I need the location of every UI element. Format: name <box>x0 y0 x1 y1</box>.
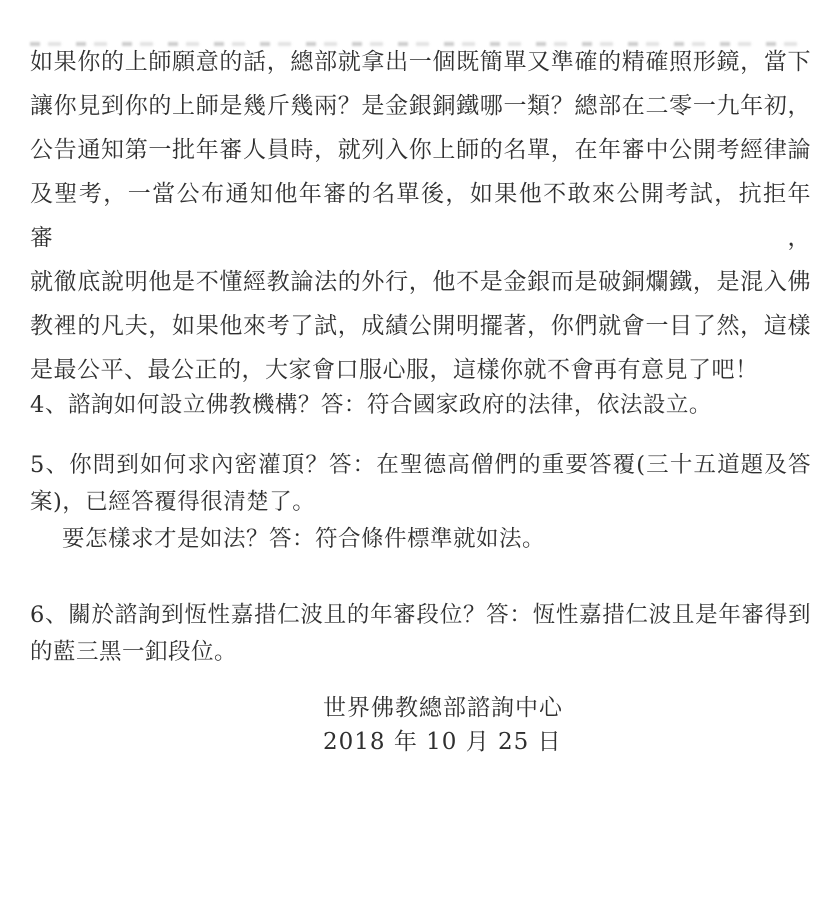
document-page: 如果你的上師願意的話，總部就拿出一個既簡單又準確的精確照形鏡，當下 讓你見到你的… <box>0 0 839 910</box>
text-line: 及聖考，一當公布通知他年審的名單後，如果他不敢來公開考試，抗拒年審， <box>30 172 811 260</box>
text-line: 案)，已經答覆得很清楚了。 <box>30 484 811 521</box>
text-line: 6、關於諮詢到恆性嘉措仁波且的年審段位？答：恆性嘉措仁波且是年審得到 <box>30 597 811 634</box>
text-line: 公告通知第一批年審人員時，就列入你上師的名單，在年審中公開考經律論 <box>30 128 811 172</box>
text-line: 教裡的凡夫，如果他來考了試，成績公開明擺著，你們就會一目了然，這樣 <box>30 304 811 348</box>
text-line: 如果你的上師願意的話，總部就拿出一個既簡單又準確的精確照形鏡，當下 <box>30 40 811 84</box>
text-line: 的藍三黑一釦段位。 <box>30 634 811 671</box>
text-line: 4、諮詢如何設立佛教機構？答：符合國家政府的法律，依法設立。 <box>30 387 811 424</box>
signature-organization: 世界佛教總部諮詢中心 <box>323 691 563 725</box>
text-line: 讓你見到你的上師是幾斤幾兩？是金銀銅鐵哪一類？總部在二零一九年初， <box>30 84 811 128</box>
paragraph-item-5: 5、你問到如何求內密灌頂？答：在聖德高僧們的重要答覆(三十五道題及答 案)，已經… <box>30 447 811 558</box>
paragraph-item-6: 6、關於諮詢到恆性嘉措仁波且的年審段位？答：恆性嘉措仁波且是年審得到 的藍三黑一… <box>30 597 811 671</box>
text-line: 就徹底說明他是不懂經教論法的外行，他不是金銀而是破銅爛鐵，是混入佛 <box>30 260 811 304</box>
signature-date: 2018 年 10 月 25 日 <box>323 725 563 759</box>
text-line-sub-question: 要怎樣求才是如法？答：符合條件標準就如法。 <box>30 521 811 558</box>
paragraph-main: 如果你的上師願意的話，總部就拿出一個既簡單又準確的精確照形鏡，當下 讓你見到你的… <box>30 40 811 392</box>
text-line: 5、你問到如何求內密灌頂？答：在聖德高僧們的重要答覆(三十五道題及答 <box>30 447 811 484</box>
signature-block: 世界佛教總部諮詢中心 2018 年 10 月 25 日 <box>323 691 563 759</box>
paragraph-item-4: 4、諮詢如何設立佛教機構？答：符合國家政府的法律，依法設立。 <box>30 387 811 424</box>
text-line: 是最公平、最公正的，大家會口服心服，這樣你就不會再有意見了吧！ <box>30 348 811 392</box>
